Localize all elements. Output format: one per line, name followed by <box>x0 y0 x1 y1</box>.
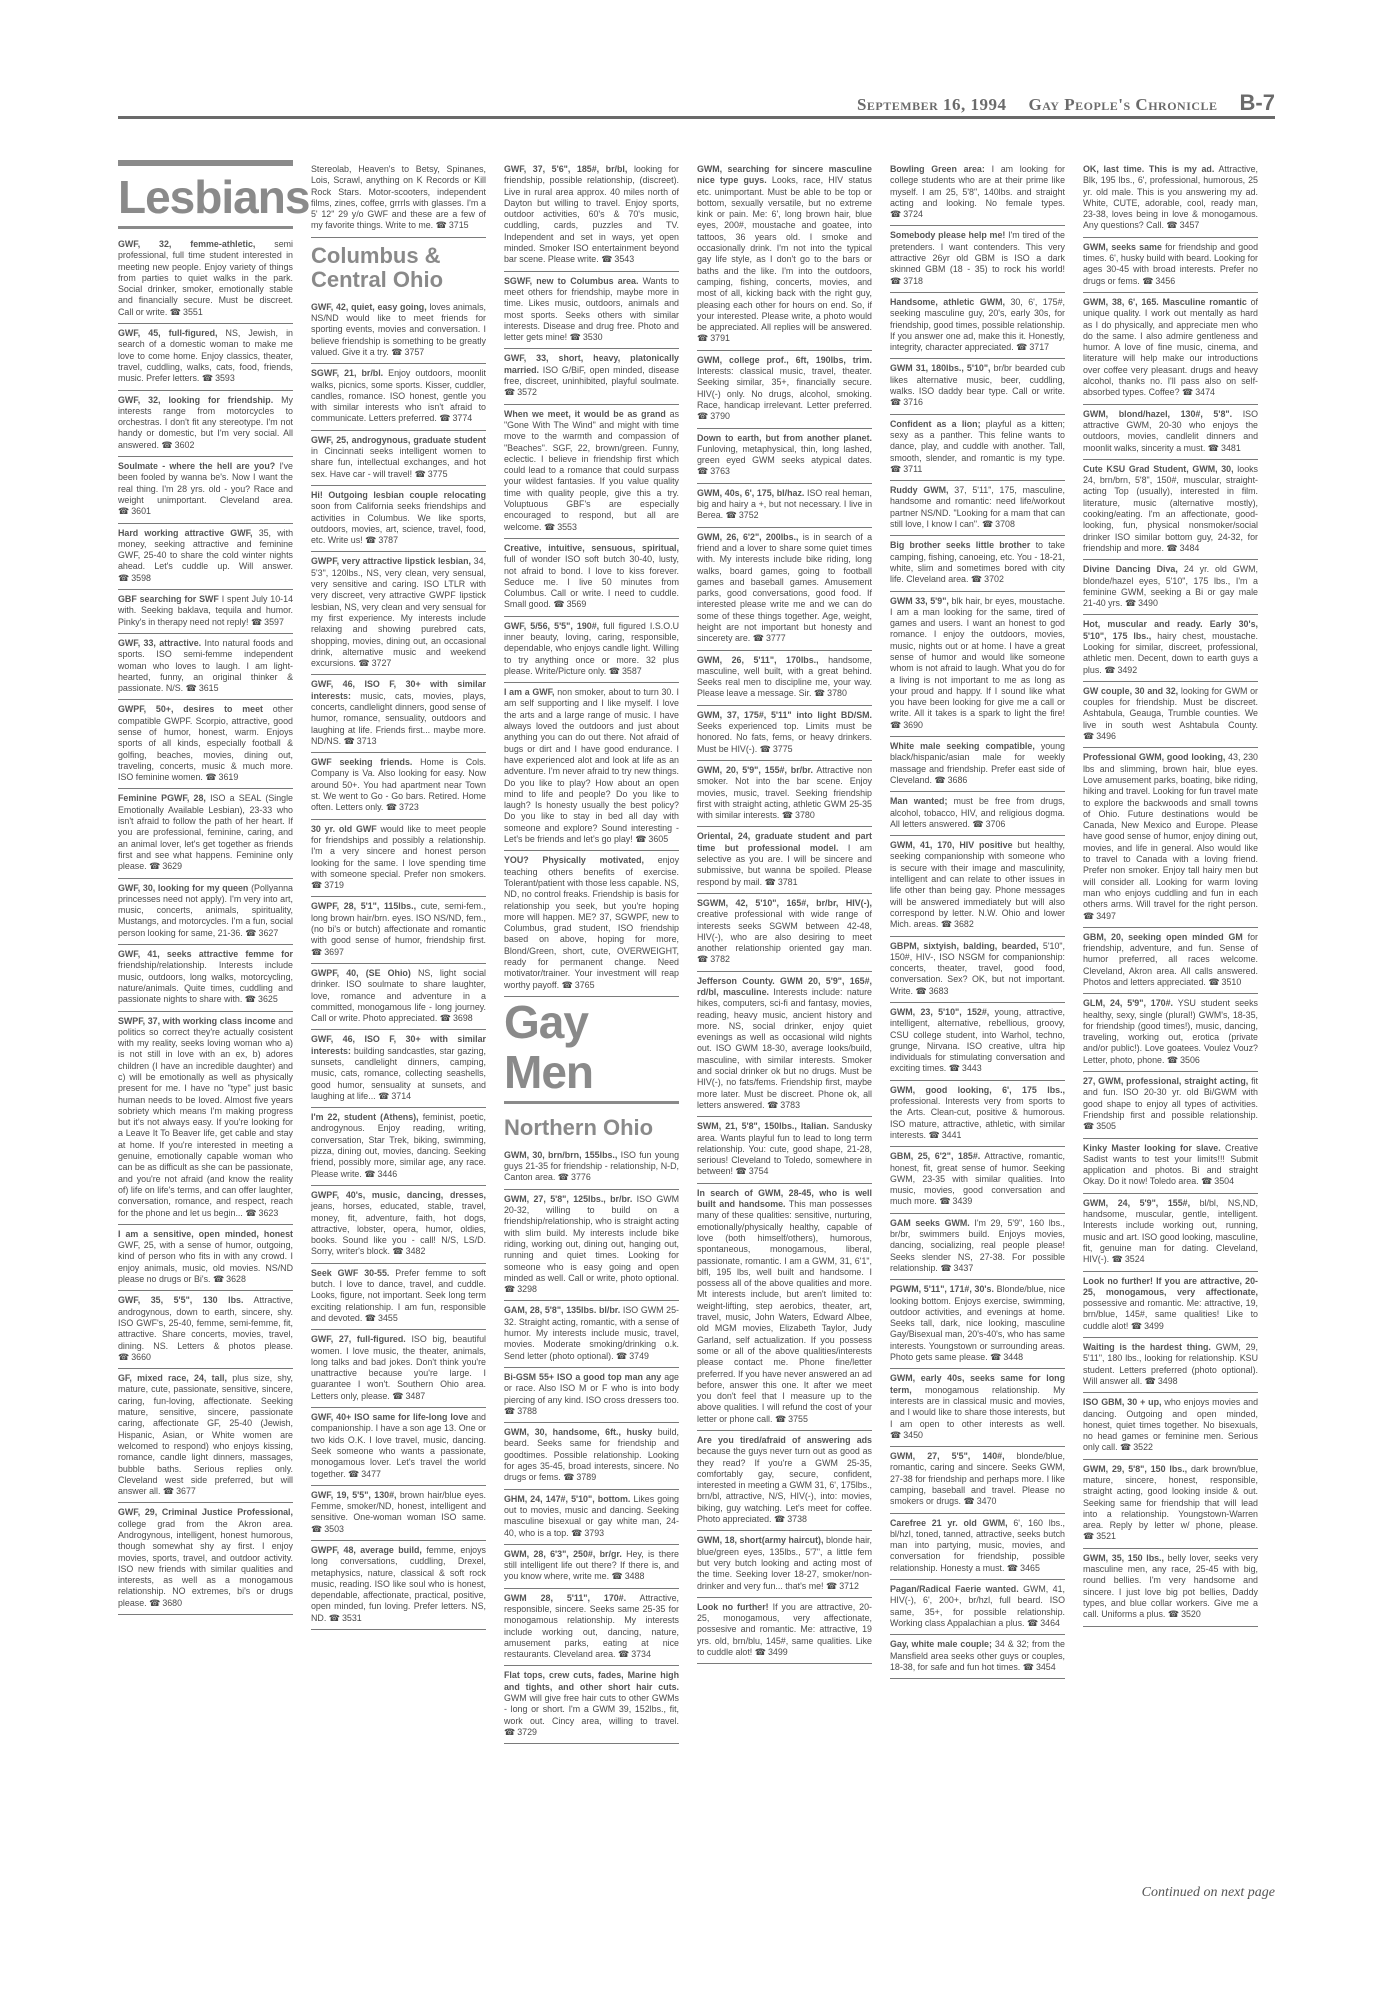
ad-box-number: ☎3488 <box>612 1571 645 1581</box>
telephone-icon: ☎ <box>726 510 737 520</box>
continued-note: Continued on next page <box>1142 1885 1275 1901</box>
ad-headline: Oriental, 24, graduate student and part … <box>697 831 872 852</box>
ad-body: as "Gone With The Wind" and might with t… <box>504 409 679 532</box>
telephone-icon: ☎ <box>971 574 982 584</box>
ad-box-number: ☎3521 <box>1083 1531 1116 1541</box>
personal-ad: GWM, 30, brn/brn, 155lbs., ISO fun young… <box>504 1146 679 1190</box>
telephone-icon: ☎ <box>1145 1376 1156 1386</box>
telephone-icon: ☎ <box>1125 598 1136 608</box>
personal-ad: GWF, 33, short, heavy, platonically marr… <box>504 349 679 404</box>
ad-code: 3788 <box>517 1406 537 1416</box>
personal-ad: GWM, 26, 5'11", 170lbs., handsome, mascu… <box>697 651 872 706</box>
ad-headline: Waiting is the hardest thing. <box>1083 1342 1211 1352</box>
ad-code: 3775 <box>428 469 448 479</box>
ad-code: 3628 <box>226 1274 246 1284</box>
ad-code: 3474 <box>1195 387 1215 397</box>
ad-code: 3712 <box>839 1581 859 1591</box>
ad-headline: YOU? Physically motivated, <box>504 855 644 865</box>
ad-headline: GWF, 40+ ISO same for life-long love <box>311 1412 468 1422</box>
ad-box-number: ☎3723 <box>386 802 419 812</box>
ad-box-number: ☎3531 <box>329 1613 362 1623</box>
ad-box-number: ☎3789 <box>563 1472 596 1482</box>
personal-ad: PGWM, 5'11", 171#, 30's. Blonde/blue, ni… <box>890 1280 1065 1369</box>
telephone-icon: ☎ <box>365 1313 376 1323</box>
ad-box-number: ☎3455 <box>365 1313 398 1323</box>
ad-code: 3793 <box>584 1528 604 1538</box>
ad-headline: 27, GWM, professional, straight acting, <box>1083 1076 1248 1086</box>
personal-ad: Down to earth, but from another planet. … <box>697 429 872 484</box>
ad-box-number: ☎3782 <box>697 954 730 964</box>
ad-body: This man possesses many of these qualiti… <box>697 1199 872 1424</box>
personal-ad: GWM, 37, 175#, 5'11" into light BD/SM. S… <box>697 706 872 761</box>
ad-body: 43, 230 lbs and slimming, brown hair, bl… <box>1083 752 1258 909</box>
ad-code: 3727 <box>372 658 392 668</box>
telephone-icon: ☎ <box>1208 977 1219 987</box>
telephone-icon: ☎ <box>814 688 825 698</box>
personal-ad: Professional GWM, good looking, 43, 230 … <box>1083 748 1258 927</box>
column-6: OK, last time. This is my ad. Attractive… <box>1083 160 1258 1627</box>
ad-code: 3782 <box>710 954 730 964</box>
ad-headline: GWM, 41, 170, HIV positive <box>890 840 1013 850</box>
ad-body: other compatible GWPF. Scorpio, attracti… <box>118 704 293 782</box>
telephone-icon: ☎ <box>1083 1531 1094 1541</box>
ad-box-number: ☎3690 <box>890 720 923 730</box>
ad-box-number: ☎3497 <box>1083 911 1116 921</box>
ad-headline: Divine Dancing Diva, <box>1083 564 1178 574</box>
telephone-icon: ☎ <box>202 373 213 383</box>
ad-headline: GWM, 37, 175#, 5'11" into light BD/SM. <box>697 710 872 720</box>
ad-box-number: ☎3524 <box>1112 1254 1145 1264</box>
ad-headline: Ruddy GWM, <box>890 485 949 495</box>
ad-headline: GWM, 30, handsome, 6ft., husky <box>504 1427 652 1437</box>
personal-ad: GWM, 40s, 6', 175, bl/haz. ISO real hema… <box>697 484 872 528</box>
personal-ad: GF, mixed race, 24, tall, plus size, shy… <box>118 1369 293 1503</box>
ad-box-number: ☎3464 <box>1027 1618 1060 1628</box>
telephone-icon: ☎ <box>1142 276 1153 286</box>
ad-headline: GW couple, 30 and 32, <box>1083 686 1178 696</box>
personal-ad: SWPF, 37, with working class income and … <box>118 1012 293 1225</box>
telephone-icon: ☎ <box>1007 1563 1018 1573</box>
ad-box-number: ☎3443 <box>949 1063 982 1073</box>
ad-headline: GBPM, sixtyish, balding, bearded, <box>890 941 1039 951</box>
personal-ad: GAM, 28, 5'8", 135lbs. bl/br. ISO GWM 25… <box>504 1301 679 1367</box>
personal-ad: Big brother seeks little brother to take… <box>890 536 1065 591</box>
ad-code: 3717 <box>1029 342 1049 352</box>
ad-headline: Look no further! If you are attractive, … <box>1083 1276 1258 1297</box>
ad-box-number: ☎3783 <box>767 1100 800 1110</box>
personal-ad: GWM, 29, 5'8", 150 lbs., dark brown/blue… <box>1083 1460 1258 1549</box>
telephone-icon: ☎ <box>1208 443 1219 453</box>
personal-ad: Hi! Outgoing lesbian couple relocating s… <box>311 486 486 552</box>
ad-headline: GWM 33, 5'9", <box>890 596 949 606</box>
ad-box-number: ☎3551 <box>170 307 203 317</box>
telephone-icon: ☎ <box>941 919 952 929</box>
ad-headline: GWPF, 40, (SE Ohio) <box>311 968 411 978</box>
column-2: Stereolab, Heaven's to Betsy, Spinanes, … <box>311 160 486 1630</box>
telephone-icon: ☎ <box>1083 731 1094 741</box>
ad-headline: GWM, 28, 6'3", 250#, br/gr. <box>504 1549 622 1559</box>
ad-code: 3683 <box>929 986 949 996</box>
ad-code: 3763 <box>710 466 730 476</box>
ad-code: 3697 <box>324 947 344 957</box>
telephone-icon: ☎ <box>348 1469 359 1479</box>
ad-box-number: ☎3627 <box>245 928 278 938</box>
ad-code: 3777 <box>766 633 786 643</box>
ad-headline: GWF, 5/56, 5'5", 190#, <box>504 621 599 631</box>
ad-box-number: ☎3593 <box>202 373 235 383</box>
ad-headline: Professional GWM, good looking, <box>1083 752 1225 762</box>
telephone-icon: ☎ <box>928 1130 939 1140</box>
personal-ad: GWM, 23, 5'10", 152#, young, attractive,… <box>890 1003 1065 1081</box>
telephone-icon: ☎ <box>1167 1055 1178 1065</box>
ad-headline: Bowling Green area: <box>890 164 985 174</box>
ad-box-number: ☎3775 <box>760 744 793 754</box>
telephone-icon: ☎ <box>949 1063 960 1073</box>
ad-headline: GAM seeks GWM. <box>890 1218 970 1228</box>
ad-headline: GLM, 24, 5'9", 170#. <box>1083 998 1173 1008</box>
telephone-icon: ☎ <box>365 535 376 545</box>
personal-ad: GLM, 24, 5'9", 170#. YSU student seeks h… <box>1083 994 1258 1072</box>
personal-ad: Soulmate - where the hell are you? I've … <box>118 457 293 523</box>
telephone-icon: ☎ <box>118 1352 129 1362</box>
ad-code: 3781 <box>778 877 798 887</box>
ad-headline: Hi! Outgoing lesbian couple relocating <box>311 490 486 500</box>
ad-headline: GWF, 41, seeks attractive femme for <box>118 949 293 959</box>
personal-ad: 27, GWM, professional, straight acting, … <box>1083 1072 1258 1138</box>
ad-headline: GWPF, 48, average build, <box>311 1545 422 1555</box>
personal-ad: GWF, 46, ISO F, 30+ with similar interes… <box>311 1030 486 1108</box>
telephone-icon: ☎ <box>1182 387 1193 397</box>
ad-box-number: ☎3697 <box>311 947 344 957</box>
ad-code: 3734 <box>631 1649 651 1659</box>
ad-code: 3749 <box>629 1351 649 1361</box>
ad-box-number: ☎3481 <box>1208 443 1241 453</box>
personal-ad: GWM, seeks same for friendship and good … <box>1083 238 1258 293</box>
telephone-icon: ☎ <box>782 810 793 820</box>
telephone-icon: ☎ <box>972 819 983 829</box>
ad-box-number: ☎3456 <box>1142 276 1175 286</box>
ad-headline: GWM, 26, 5'11", 170lbs., <box>697 655 819 665</box>
ad-headline: GWM, 29, 5'8", 150 lbs., <box>1083 1464 1187 1474</box>
newspaper-name: Gay People's Chronicle <box>1029 95 1218 115</box>
ad-box-number: ☎3702 <box>971 574 1004 584</box>
personal-ad: GWF, 27, full-figured. ISO big, beautifu… <box>311 1330 486 1408</box>
ad-code: 3499 <box>768 1647 788 1657</box>
personal-ad: GW couple, 30 and 32, looking for GWM or… <box>1083 682 1258 748</box>
telephone-icon: ☎ <box>170 307 181 317</box>
ad-headline: GWF, 19, 5'5", 130#, <box>311 1490 396 1500</box>
ad-body: but healthy, seeking companionship with … <box>890 840 1065 929</box>
ad-body: looks 24, brn/brn, 5'8", 150#, muscular,… <box>1083 464 1258 553</box>
personal-ad: SGWM, 42, 5'10", 165#, br/br, HIV(-), cr… <box>697 894 872 972</box>
ad-box-number: ☎3506 <box>1167 1055 1200 1065</box>
ad-code: 3715 <box>449 220 469 230</box>
personal-ad: GBM, 25, 6'2", 185#. Attractive, romanti… <box>890 1147 1065 1213</box>
telephone-icon: ☎ <box>767 1100 778 1110</box>
ad-body: and politics so correct they're actually… <box>118 1016 293 1218</box>
ad-box-number: ☎3484 <box>1166 543 1199 553</box>
ad-headline: GWM, 23, 5'10", 152#, <box>890 1007 989 1017</box>
ad-code: 3498 <box>1158 1376 1178 1386</box>
personal-ad: Gay, white male couple; 34 & 32; from th… <box>890 1635 1065 1679</box>
personal-ad: I am a GWF, non smoker, about to turn 30… <box>504 683 679 851</box>
ad-code: 3505 <box>1096 1121 1116 1131</box>
personal-ad: ISO GBM, 30 + up, who enjoys movies and … <box>1083 1393 1258 1459</box>
ad-headline: Gay, white male couple; <box>890 1639 992 1649</box>
ad-code: 3446 <box>378 1169 398 1179</box>
personal-ad: GWM, 27, 5'8", 125lbs., br/br. ISO GWM 2… <box>504 1190 679 1302</box>
masthead-rule <box>118 116 1275 119</box>
telephone-icon: ☎ <box>386 802 397 812</box>
ad-headline: Soulmate - where the hell are you? <box>118 461 275 471</box>
ad-headline: GWF, 27, full-figured. <box>311 1334 406 1344</box>
ad-box-number: ☎3553 <box>544 522 577 532</box>
ad-code: 3569 <box>567 599 587 609</box>
telephone-icon: ☎ <box>553 599 564 609</box>
ad-code: 3660 <box>131 1352 151 1362</box>
telephone-icon: ☎ <box>392 1246 403 1256</box>
ad-headline: 30 yr. old GWF <box>311 824 377 834</box>
telephone-icon: ☎ <box>213 1274 224 1284</box>
ad-headline: Somebody please help me! <box>890 230 1005 240</box>
ad-body: semi professional, full time student int… <box>118 239 293 317</box>
ad-box-number: ☎3520 <box>1168 1609 1201 1619</box>
ad-code: 3680 <box>162 1598 182 1608</box>
ad-box-number: ☎3470 <box>964 1496 997 1506</box>
ad-code: 3627 <box>259 928 279 938</box>
ad-body: Interests: classical music, travel, thea… <box>697 366 872 410</box>
ad-code: 3522 <box>1133 1442 1153 1452</box>
telephone-icon: ☎ <box>149 861 160 871</box>
telephone-icon: ☎ <box>118 573 129 583</box>
ad-body: enjoy teaching others benefits of exerci… <box>504 855 679 989</box>
personal-ad: GWF, 25, androgynous, graduate student i… <box>311 431 486 486</box>
telephone-icon: ☎ <box>245 994 256 1004</box>
ad-box-number: ☎3763 <box>697 466 730 476</box>
ad-headline: GWF, 32, femme-athletic, <box>118 239 255 249</box>
ad-headline: I'm 22, student (Athens), <box>311 1112 419 1122</box>
ad-code: 3619 <box>219 772 239 782</box>
ad-headline: SGWF, new to Columbus area. <box>504 276 638 286</box>
personal-ad: GWM, 35, 150 lbs., belly lover, seeks ve… <box>1083 1549 1258 1627</box>
personal-ad: GWM 31, 180lbs., 5'10", br/br bearded cu… <box>890 359 1065 414</box>
telephone-icon: ☎ <box>618 1649 629 1659</box>
ad-body: professional. Interests very from sports… <box>890 1096 1065 1140</box>
ad-code: 3465 <box>1020 1563 1040 1573</box>
ad-body: 34, 5'3", 120lbs., NS, very clean, very … <box>311 556 486 668</box>
personal-ad: Cute KSU Grad Student, GWM, 30, looks 24… <box>1083 460 1258 560</box>
ad-code: 3757 <box>404 347 424 357</box>
section-rule <box>504 1101 679 1104</box>
ad-box-number: ☎3487 <box>392 1391 425 1401</box>
ad-box-number: ☎3625 <box>245 994 278 1004</box>
ad-body: GWF, 25, with a sense of humor, outgoing… <box>118 1240 293 1284</box>
personal-ad: GWM, early 40s, seeks same for long term… <box>890 1369 1065 1447</box>
ad-code: 3774 <box>452 413 472 423</box>
telephone-icon: ☎ <box>558 1172 569 1182</box>
telephone-icon: ☎ <box>358 658 369 668</box>
telephone-icon: ☎ <box>544 522 555 532</box>
ad-headline: GWPF, 40's, music, dancing, dresses, <box>311 1190 486 1200</box>
ad-box-number: ☎3597 <box>251 617 284 627</box>
ad-headline: Are you tired/afraid of answering ads <box>697 1435 872 1445</box>
ad-code: 3780 <box>795 810 815 820</box>
telephone-icon: ☎ <box>311 1524 322 1534</box>
personal-ad: GAM seeks GWM. I'm 29, 5'9", 160 lbs., b… <box>890 1214 1065 1280</box>
ad-box-number: ☎3716 <box>890 397 923 407</box>
ad-code: 3492 <box>1117 665 1137 675</box>
ad-box-number: ☎3499 <box>755 1647 788 1657</box>
column-1: LesbiansGWF, 32, femme-athletic, semi pr… <box>118 160 293 1615</box>
telephone-icon: ☎ <box>826 1581 837 1591</box>
ad-body: plus size, shy, mature, cute, passionate… <box>118 1373 293 1496</box>
ad-body: non smoker, about to turn 30. I am self … <box>504 687 679 844</box>
ad-box-number: ☎3569 <box>553 599 586 609</box>
ad-body: full of wonder ISO soft butch 30-40, lus… <box>504 554 679 609</box>
section-title-gay-men: Gay Men <box>504 997 679 1097</box>
ad-code: 3455 <box>378 1313 398 1323</box>
ad-box-number: ☎3680 <box>149 1598 182 1608</box>
ad-headline: GWM, blond/hazel, 130#, 5'8". <box>1083 409 1232 419</box>
telephone-icon: ☎ <box>161 440 172 450</box>
personal-ad: White male seeking compatible, young bla… <box>890 737 1065 792</box>
ad-headline: GWM, 27, 5'5", 140#, <box>890 1451 1005 1461</box>
ad-code: 3441 <box>942 1130 962 1140</box>
ad-box-number: ☎3543 <box>601 254 634 264</box>
telephone-icon: ☎ <box>601 254 612 264</box>
ad-box-number: ☎3738 <box>774 1514 807 1524</box>
ad-headline: GF, mixed race, 24, tall, <box>118 1373 227 1383</box>
personal-ad: GWPF, 48, average build, femme, enjoys l… <box>311 1541 486 1630</box>
ad-headline: Feminine PGWF, 28, <box>118 793 206 803</box>
ad-box-number: ☎3686 <box>934 775 967 785</box>
ad-body: creative professional with wide range of… <box>697 909 872 953</box>
personal-ad: GWF, 46, ISO F, 30+ with similar interes… <box>311 675 486 753</box>
ad-code: 3481 <box>1221 443 1241 453</box>
personal-ad: GBPM, sixtyish, balding, bearded, 5'10",… <box>890 937 1065 1003</box>
telephone-icon: ☎ <box>697 333 708 343</box>
ad-headline: Handsome, athletic GWM, <box>890 297 1005 307</box>
ad-code: 3716 <box>903 397 923 407</box>
ad-code: 3790 <box>710 411 730 421</box>
telephone-icon: ☎ <box>364 1169 375 1179</box>
telephone-icon: ☎ <box>440 1013 451 1023</box>
ad-box-number: ☎3757 <box>391 347 424 357</box>
ad-headline: GWM, college prof., 6ft, 190lbs, trim. <box>697 355 872 365</box>
telephone-icon: ☎ <box>736 1166 747 1176</box>
ad-headline: GWPF, 50+, desires to meet <box>118 704 263 714</box>
personal-ad: SGWF, new to Columbus area. Wants to mee… <box>504 272 679 350</box>
telephone-icon: ☎ <box>775 1414 786 1424</box>
telephone-icon: ☎ <box>915 986 926 996</box>
ad-headline: GWF seeking friends. <box>311 757 412 767</box>
telephone-icon: ☎ <box>774 1514 785 1524</box>
personal-ad: Man wanted; must be free from drugs, alc… <box>890 792 1065 836</box>
ad-headline: GWF, 32, looking for friendship. <box>118 395 273 405</box>
ad-body: monogamous relationship. My interests ar… <box>890 1385 1065 1429</box>
ad-code: 3780 <box>827 688 847 698</box>
ad-code: 3754 <box>749 1166 769 1176</box>
personal-ad: GWF, 45, full-figured, NS, Jewish, in se… <box>118 324 293 390</box>
ad-headline: Pagan/Radical Faerie wanted. <box>890 1584 1019 1594</box>
telephone-icon: ☎ <box>245 1208 256 1218</box>
ad-headline: GBM, 25, 6'2", 185#. <box>890 1151 980 1161</box>
ad-headline: GWM, 30, brn/brn, 155lbs., <box>504 1150 617 1160</box>
ad-headline: GWPF, very attractive lipstick lesbian, <box>311 556 471 566</box>
ad-box-number: ☎3780 <box>782 810 815 820</box>
personal-ad: GWM, 20, 5'9", 155#, br/br. Attractive n… <box>697 761 872 827</box>
ad-headline: GWF, 45, full-figured, <box>118 328 217 338</box>
personal-ad: GWF, 19, 5'5", 130#, brown hair/blue eye… <box>311 1486 486 1541</box>
personal-ad: GWF, 29, Criminal Justice Professional, … <box>118 1503 293 1615</box>
column-5: Bowling Green area: I am looking for col… <box>890 160 1065 1679</box>
ad-box-number: ☎3446 <box>364 1169 397 1179</box>
ad-code: 3719 <box>324 880 344 890</box>
telephone-icon: ☎ <box>1112 1254 1123 1264</box>
personal-ad: GWM, 41, 170, HIV positive but healthy, … <box>890 836 1065 936</box>
telephone-icon: ☎ <box>697 954 708 964</box>
classified-columns: LesbiansGWF, 32, femme-athletic, semi pr… <box>118 160 1275 1920</box>
personal-ad: GWF, 32, femme-athletic, semi profession… <box>118 235 293 324</box>
telephone-icon: ☎ <box>890 397 901 407</box>
personal-ad: GWF, 42, quiet, easy going, loves animal… <box>311 298 486 364</box>
personal-ad: GWPF, 40's, music, dancing, dresses, jea… <box>311 1186 486 1264</box>
ad-box-number: ☎3712 <box>826 1581 859 1591</box>
ad-code: 3531 <box>342 1613 362 1623</box>
ad-code: 3443 <box>962 1063 982 1073</box>
ad-box-number: ☎3439 <box>939 1196 972 1206</box>
ad-headline: Seek GWF 30-55. <box>311 1268 389 1278</box>
ad-box-number: ☎3788 <box>504 1406 537 1416</box>
ad-code: 3723 <box>399 802 419 812</box>
ad-box-number: ☎3698 <box>440 1013 473 1023</box>
ad-box-number: ☎3619 <box>205 772 238 782</box>
ad-headline: GAM, 28, 5'8", 135lbs. bl/br. <box>504 1305 620 1315</box>
ad-box-number: ☎3749 <box>616 1351 649 1361</box>
personal-ad: GWF, 5/56, 5'5", 190#, full figured I.S.… <box>504 617 679 683</box>
personal-ad: GWM, 30, handsome, 6ft., husky build, be… <box>504 1423 679 1489</box>
telephone-icon: ☎ <box>118 506 129 516</box>
telephone-icon: ☎ <box>205 772 216 782</box>
personal-ad: GWPF, very attractive lipstick lesbian, … <box>311 552 486 675</box>
ad-box-number: ☎3457 <box>1166 220 1199 230</box>
personal-ad: Hard working attractive GWF, 35, with mo… <box>118 524 293 590</box>
ad-headline: SGWF, 21, br/bl. <box>311 368 383 378</box>
ad-body: blk hair, br eyes, moustache. I am a man… <box>890 596 1065 719</box>
ad-headline: White male seeking compatible, <box>890 741 1035 751</box>
personal-ad: GHM, 24, 147#, 5'10", bottom. Likes goin… <box>504 1490 679 1545</box>
telephone-icon: ☎ <box>1083 911 1094 921</box>
telephone-icon: ☎ <box>571 1528 582 1538</box>
ad-code: 3602 <box>175 440 195 450</box>
personal-ad: GWM, searching for sincere masculine nic… <box>697 160 872 351</box>
ad-code: 3464 <box>1040 1618 1060 1628</box>
ad-code: 3706 <box>986 819 1006 829</box>
ad-code: 3711 <box>903 464 922 474</box>
personal-ad: 30 yr. old GWF would like to meet people… <box>311 820 486 898</box>
section-title-lesbians: Lesbians <box>118 172 293 222</box>
personal-ad: Oriental, 24, graduate student and part … <box>697 827 872 893</box>
ad-headline: Down to earth, but from another planet. <box>697 433 872 443</box>
telephone-icon: ☎ <box>1168 1609 1179 1619</box>
ad-code: 3506 <box>1180 1055 1200 1065</box>
telephone-icon: ☎ <box>563 1472 574 1482</box>
ad-code: 3593 <box>215 373 235 383</box>
ad-code: 3702 <box>984 574 1004 584</box>
personal-ad: Waiting is the hardest thing. GWM, 29, 5… <box>1083 1338 1258 1393</box>
ad-box-number: ☎3602 <box>161 440 194 450</box>
ad-headline: PGWM, 5'11", 171#, 30's. <box>890 1284 994 1294</box>
